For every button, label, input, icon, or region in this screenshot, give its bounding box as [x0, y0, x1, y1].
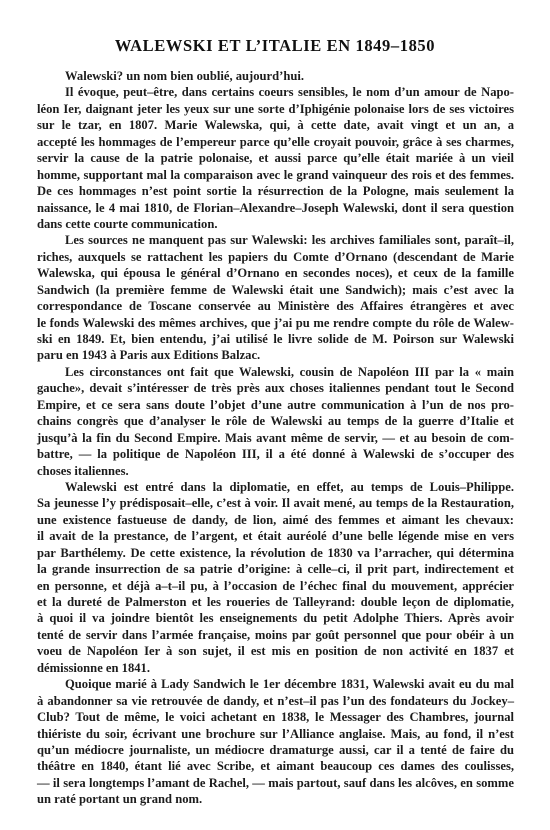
text-line: Club? Tout de même, le voici achetant en… [37, 709, 514, 725]
text-line: battre, — la politique de Napoléon III, … [37, 446, 514, 462]
paragraph-marriage: Quoique marié à Lady Sandwich le 1er déc… [37, 676, 514, 808]
text-line: en personne, et déjà a–t–il pu, à l’occa… [37, 578, 514, 594]
text-line: Les circonstances ont fait que Walewski,… [37, 364, 514, 380]
text-line: gauche», devait s’intéresser de très prè… [37, 380, 514, 396]
text-line: thiériste du soir, écrivant une brochure… [37, 726, 514, 742]
text-line: le fonds Walewski des mêmes archives, qu… [37, 315, 514, 331]
text-line: théâtre en 1840, étant lié avec Scribe, … [37, 758, 514, 774]
text-line: jusqu’à la fin du Second Empire. Mais av… [37, 430, 514, 446]
text-line: un raté portant un grand nom. [37, 791, 514, 807]
body-text: Walewski? un nom bien oublié, aujourd’hu… [37, 68, 514, 808]
document-page: WALEWSKI ET L’ITALIE EN 1849–1850 Walews… [0, 0, 550, 830]
text-line: accepté les hommages de l’empereur parce… [37, 134, 514, 150]
text-line: sur le tzar, en 1807. Marie Walewska, qu… [37, 117, 514, 133]
text-line: paru en 1943 à Paris aux Editions Balzac… [37, 347, 514, 363]
paragraph-marie-walewska: Il évoque, peut–être, dans certains coeu… [37, 84, 514, 232]
text-line: Empire, et ce sera sans doute l’objet d’… [37, 397, 514, 413]
paragraph-diplomacy: Walewski est entré dans la diplomatie, e… [37, 479, 514, 676]
text-line: Il évoque, peut–être, dans certains coeu… [37, 84, 514, 100]
text-line: homme, supportant mal la comparaison ave… [37, 167, 514, 183]
text-line: dans cette courte communication. [37, 216, 514, 232]
text-line: — il sera longtemps l’amant de Rachel, —… [37, 775, 514, 791]
text-line: Walewski? un nom bien oublié, aujourd’hu… [37, 68, 514, 84]
text-line: Walewski est entré dans la diplomatie, e… [37, 479, 514, 495]
text-line: léon Ier, daignant jeter les yeux sur un… [37, 101, 514, 117]
page-title: WALEWSKI ET L’ITALIE EN 1849–1850 [0, 36, 550, 56]
text-line: Walewska, qui épousa le général d’Ornano… [37, 265, 514, 281]
text-line: riches, auxquels se rattachent les papie… [37, 249, 514, 265]
text-line: tenté de servir dans l’armée française, … [37, 627, 514, 643]
text-line: par Barthélemy. De cette existence, la r… [37, 545, 514, 561]
text-line: Sandwich (la première femme de Walewski … [37, 282, 514, 298]
text-line: chains congrès que d’analyser le rôle de… [37, 413, 514, 429]
text-line: voeu de Napoléon Ier à son sujet, il est… [37, 643, 514, 659]
text-line: correspondance de Toscane conservée au M… [37, 298, 514, 314]
text-line: Quoique marié à Lady Sandwich le 1er déc… [37, 676, 514, 692]
text-line: Sa jeunesse l’y prédisposait–elle, c’est… [37, 495, 514, 511]
text-line: Les sources ne manquent pas sur Walewski… [37, 232, 514, 248]
paragraph-circumstances: Les circonstances ont fait que Walewski,… [37, 364, 514, 479]
text-line: De ces hommages n’est point sortie la ré… [37, 183, 514, 199]
text-line: ski en 1849. Et, bien entendu, j’ai util… [37, 331, 514, 347]
text-line: qu’un médiocre journaliste, un médiocre … [37, 742, 514, 758]
text-line: une existence fastueuse de dandy, de lio… [37, 512, 514, 528]
text-line: la grande insurrection de sa patrie d’or… [37, 561, 514, 577]
text-line: démissionne en 1841. [37, 660, 514, 676]
text-line: choses italiennes. [37, 463, 514, 479]
text-line: servir la cause de la patrie polonaise, … [37, 150, 514, 166]
text-line: et la dureté de Palmerston et les roueri… [37, 594, 514, 610]
text-line: naissance, le 4 mai 1810, de Florian–Ale… [37, 200, 514, 216]
text-line: il avait de la prestance, de l’argent, e… [37, 528, 514, 544]
paragraph-sources: Les sources ne manquent pas sur Walewski… [37, 232, 514, 364]
paragraph-intro: Walewski? un nom bien oublié, aujourd’hu… [37, 68, 514, 84]
text-line: à quoi il va joindre bientôt les enseign… [37, 610, 514, 626]
text-line: à abandonner sa vie retrouvée de dandy, … [37, 693, 514, 709]
